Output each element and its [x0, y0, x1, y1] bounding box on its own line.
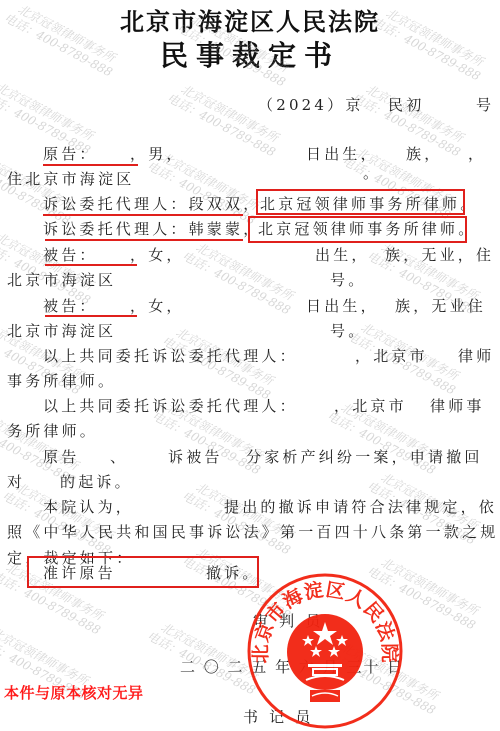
watermark: 北京冠领律师事务所电话：400-8789-888	[187, 240, 299, 318]
case-dispute: 分家析产纠纷一案，申请撤回	[246, 448, 483, 466]
defendant2-label: 被告：	[43, 297, 98, 315]
watermark: 北京冠领律师事务所电话：400-8789-888	[0, 230, 99, 308]
defendant1-address-end: 号。	[330, 271, 366, 289]
defendant2-birth: 日出生，	[306, 297, 379, 315]
plaintiff-address: 住北京市海淀区	[7, 170, 134, 188]
watermark: 北京冠领律师事务所电话：400-8789-888	[7, 480, 119, 558]
plaintiff-address-end: 。	[363, 164, 381, 182]
case-withdraw: 的起诉。	[60, 473, 133, 491]
defendant1-birth: 出生，	[315, 246, 370, 264]
court-name: 北京市海淀区人民法院	[0, 2, 500, 37]
case-plaintiff: 原告	[43, 448, 79, 466]
agent1-underline	[43, 214, 243, 216]
reason-text: 提出的撤诉申请符合法律规定，依	[224, 498, 497, 516]
watermark: 北京冠领律师事务所电话：400-8789-888	[172, 82, 284, 160]
watermark: 北京冠领律师事务所电话：400-8789-888	[187, 480, 299, 558]
defendant2-underline	[45, 315, 137, 317]
defendant1-underline	[45, 264, 137, 266]
case-number-year: （2024）京	[258, 96, 364, 114]
plaintiff-birth: 日出生，	[306, 145, 379, 163]
case-number-type: 民初	[388, 96, 424, 114]
ruling-highlight	[27, 556, 259, 588]
joint-agent2-label: 以上共同委托诉讼委托代理人：	[43, 397, 298, 415]
agent2-underline	[45, 239, 243, 241]
agent2-firm-highlight	[248, 216, 467, 243]
plaintiff-label: 原告：	[43, 145, 98, 163]
joint-agent1-city: ，北京市	[355, 347, 428, 365]
case-against: 对	[7, 473, 25, 491]
agent2-label: 诉讼委托代理人：韩蒙蒙，	[43, 220, 261, 238]
defendant1-gender: ，女，	[130, 246, 185, 264]
agent1-firm-highlight	[256, 189, 465, 215]
defendant1-address: 北京市海淀区	[7, 271, 116, 289]
document-type: 民事裁定书	[0, 34, 500, 74]
joint-agent2-lawyer: 律师事	[430, 397, 485, 415]
court-seal-icon: 北京市海淀区人民法院	[246, 572, 404, 730]
case-number-suffix: 号	[476, 96, 494, 114]
agent1-label: 诉讼委托代理人：段双双，	[43, 195, 261, 213]
reason-intro: 本院认为，	[43, 498, 134, 516]
defendant2-gender: ，女，	[130, 297, 185, 315]
plaintiff-underline	[43, 164, 138, 166]
reason-law: 照《中华人民共和国民事诉讼法》第一百四十八条第一款之规	[7, 523, 498, 541]
joint-agent1-firm: 事务所律师。	[7, 372, 116, 390]
joint-agent1-label: 以上共同委托诉讼委托代理人：	[43, 347, 298, 365]
case-separator: 、	[110, 448, 128, 466]
plaintiff-gender: ，男，	[130, 145, 185, 163]
defendant2-address-end: 号。	[330, 322, 366, 340]
plaintiff-ethnicity: 族，	[406, 145, 442, 163]
defendant2-detail: 族，无业住	[395, 297, 486, 315]
case-defendant: 诉被告	[168, 448, 223, 466]
verified-copy-note: 本件与原本核对无异	[4, 682, 144, 703]
defendant1-detail: 族，无业，住	[385, 246, 494, 264]
defendant2-address: 北京市海淀区	[7, 322, 116, 340]
joint-agent1-lawyer: 律师	[458, 347, 494, 365]
joint-agent2-firm: 务所律师。	[7, 422, 98, 440]
joint-agent2-city: ，北京市	[334, 397, 407, 415]
plaintiff-tail: ，	[468, 145, 486, 163]
defendant1-label: 被告：	[43, 246, 98, 264]
